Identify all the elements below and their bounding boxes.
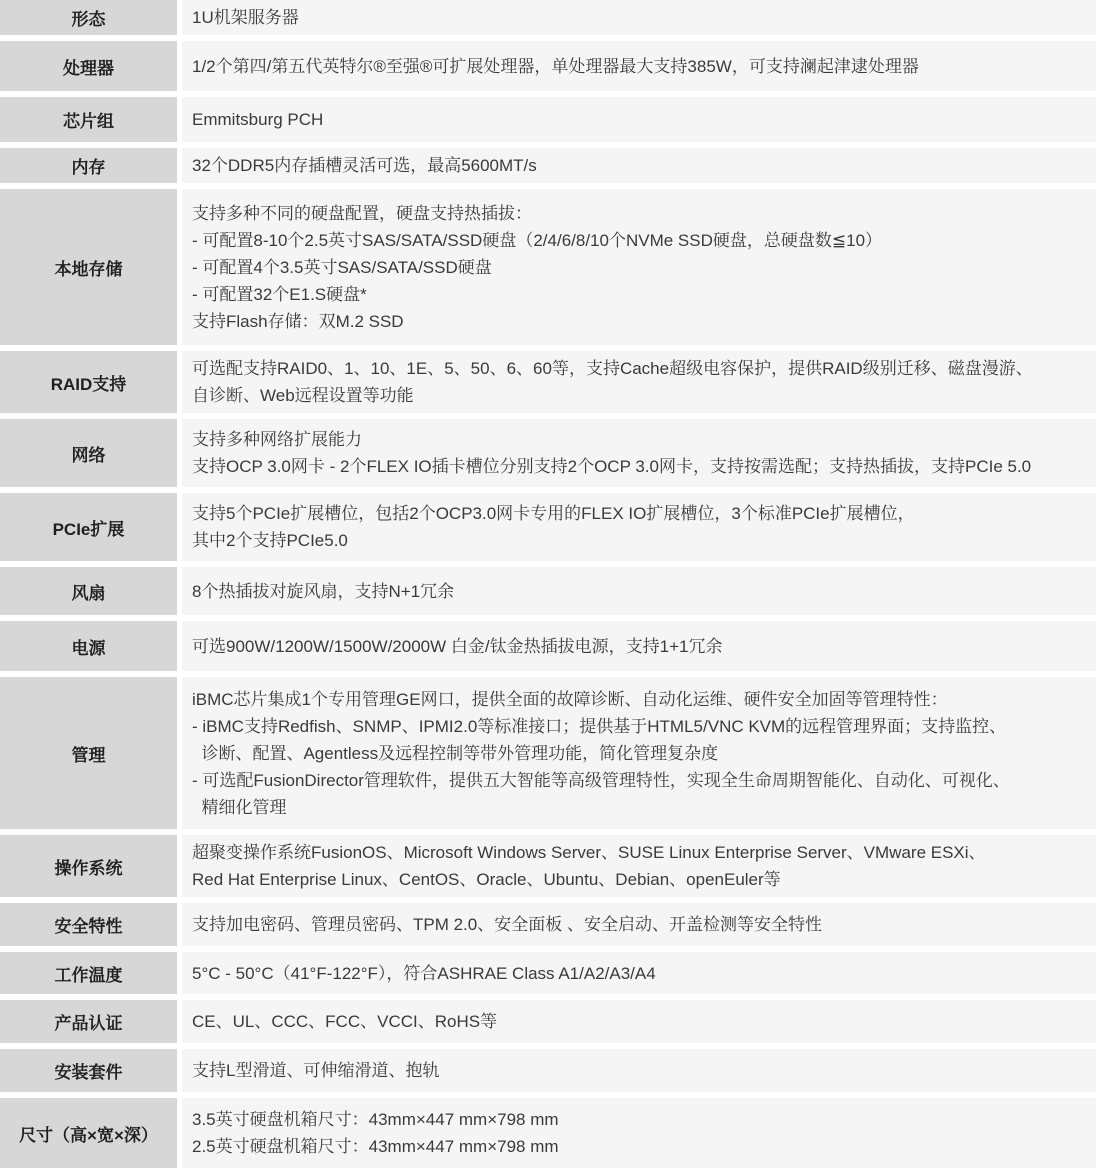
spec-row-management: 管理 iBMC芯片集成1个专用管理GE网口，提供全面的故障诊断、自动化运维、硬件…	[0, 677, 1096, 829]
spec-row-operating-system: 操作系统 超聚变操作系统FusionOS、Microsoft Windows S…	[0, 835, 1096, 897]
spec-row-chipset: 芯片组 Emmitsburg PCH	[0, 97, 1096, 142]
spec-row-operating-temperature: 工作温度 5°C - 50°C（41°F-122°F），符合ASHRAE Cla…	[0, 952, 1096, 994]
spec-label-operating-temperature: 工作温度	[0, 952, 177, 994]
spec-row-raid: RAID支持 可选配支持RAID0、1、10、1E、5、50、6、60等，支持C…	[0, 351, 1096, 413]
spec-row-processor: 处理器 1/2个第四/第五代英特尔®至强®可扩展处理器，单处理器最大支持385W…	[0, 41, 1096, 91]
spec-value-operating-system: 超聚变操作系统FusionOS、Microsoft Windows Server…	[182, 835, 1096, 897]
spec-value-chipset: Emmitsburg PCH	[182, 97, 1096, 142]
spec-value-security-features: 支持加电密码、管理员密码、TPM 2.0、安全面板 、安全启动、开盖检测等安全特…	[182, 903, 1096, 946]
spec-label-dimensions: 尺寸（高×宽×深）	[0, 1098, 177, 1168]
spec-value-mounting-kit: 支持L型滑道、可伸缩滑道、抱轨	[182, 1049, 1096, 1092]
spec-label-certifications: 产品认证	[0, 1000, 177, 1043]
spec-value-power-supply: 可选900W/1200W/1500W/2000W 白金/钛金热插拔电源，支持1+…	[182, 621, 1096, 671]
spec-value-operating-temperature: 5°C - 50°C（41°F-122°F），符合ASHRAE Class A1…	[182, 952, 1096, 994]
spec-label-mounting-kit: 安装套件	[0, 1049, 177, 1092]
spec-label-processor: 处理器	[0, 41, 177, 91]
spec-row-pcie-expansion: PCIe扩展 支持5个PCIe扩展槽位，包括2个OCP3.0网卡专用的FLEX …	[0, 493, 1096, 561]
spec-value-management: iBMC芯片集成1个专用管理GE网口，提供全面的故障诊断、自动化运维、硬件安全加…	[182, 677, 1096, 829]
spec-value-pcie-expansion: 支持5个PCIe扩展槽位，包括2个OCP3.0网卡专用的FLEX IO扩展槽位，…	[182, 493, 1096, 561]
spec-value-fans: 8个热插拔对旋风扇，支持N+1冗余	[182, 567, 1096, 615]
spec-value-local-storage: 支持多种不同的硬盘配置，硬盘支持热插拔： - 可配置8-10个2.5英寸SAS/…	[182, 189, 1096, 345]
spec-row-form-factor: 形态 1U机架服务器	[0, 0, 1096, 35]
spec-value-certifications: CE、UL、CCC、FCC、VCCI、RoHS等	[182, 1000, 1096, 1043]
spec-row-network: 网络 支持多种网络扩展能力 支持OCP 3.0网卡 - 2个FLEX IO插卡槽…	[0, 419, 1096, 487]
spec-label-pcie-expansion: PCIe扩展	[0, 493, 177, 561]
spec-value-network: 支持多种网络扩展能力 支持OCP 3.0网卡 - 2个FLEX IO插卡槽位分别…	[182, 419, 1096, 487]
spec-label-fans: 风扇	[0, 567, 177, 615]
spec-value-processor: 1/2个第四/第五代英特尔®至强®可扩展处理器，单处理器最大支持385W，可支持…	[182, 41, 1096, 91]
spec-value-raid: 可选配支持RAID0、1、10、1E、5、50、6、60等，支持Cache超级电…	[182, 351, 1096, 413]
spec-value-form-factor: 1U机架服务器	[182, 0, 1096, 35]
server-spec-table: 形态 1U机架服务器 处理器 1/2个第四/第五代英特尔®至强®可扩展处理器，单…	[0, 0, 1096, 1168]
spec-label-security-features: 安全特性	[0, 903, 177, 946]
spec-row-dimensions: 尺寸（高×宽×深） 3.5英寸硬盘机箱尺寸：43mm×447 mm×798 mm…	[0, 1098, 1096, 1168]
spec-value-dimensions: 3.5英寸硬盘机箱尺寸：43mm×447 mm×798 mm 2.5英寸硬盘机箱…	[182, 1098, 1096, 1168]
spec-row-fans: 风扇 8个热插拔对旋风扇，支持N+1冗余	[0, 567, 1096, 615]
spec-label-operating-system: 操作系统	[0, 835, 177, 897]
spec-row-memory: 内存 32个DDR5内存插槽灵活可选，最高5600MT/s	[0, 148, 1096, 183]
spec-row-power-supply: 电源 可选900W/1200W/1500W/2000W 白金/钛金热插拔电源，支…	[0, 621, 1096, 671]
spec-label-power-supply: 电源	[0, 621, 177, 671]
spec-row-security-features: 安全特性 支持加电密码、管理员密码、TPM 2.0、安全面板 、安全启动、开盖检…	[0, 903, 1096, 946]
spec-row-certifications: 产品认证 CE、UL、CCC、FCC、VCCI、RoHS等	[0, 1000, 1096, 1043]
spec-label-network: 网络	[0, 419, 177, 487]
spec-row-mounting-kit: 安装套件 支持L型滑道、可伸缩滑道、抱轨	[0, 1049, 1096, 1092]
spec-label-memory: 内存	[0, 148, 177, 183]
spec-value-memory: 32个DDR5内存插槽灵活可选，最高5600MT/s	[182, 148, 1096, 183]
spec-label-raid: RAID支持	[0, 351, 177, 413]
spec-row-local-storage: 本地存储 支持多种不同的硬盘配置，硬盘支持热插拔： - 可配置8-10个2.5英…	[0, 189, 1096, 345]
spec-label-local-storage: 本地存储	[0, 189, 177, 345]
spec-label-chipset: 芯片组	[0, 97, 177, 142]
spec-label-form-factor: 形态	[0, 0, 177, 35]
spec-label-management: 管理	[0, 677, 177, 829]
